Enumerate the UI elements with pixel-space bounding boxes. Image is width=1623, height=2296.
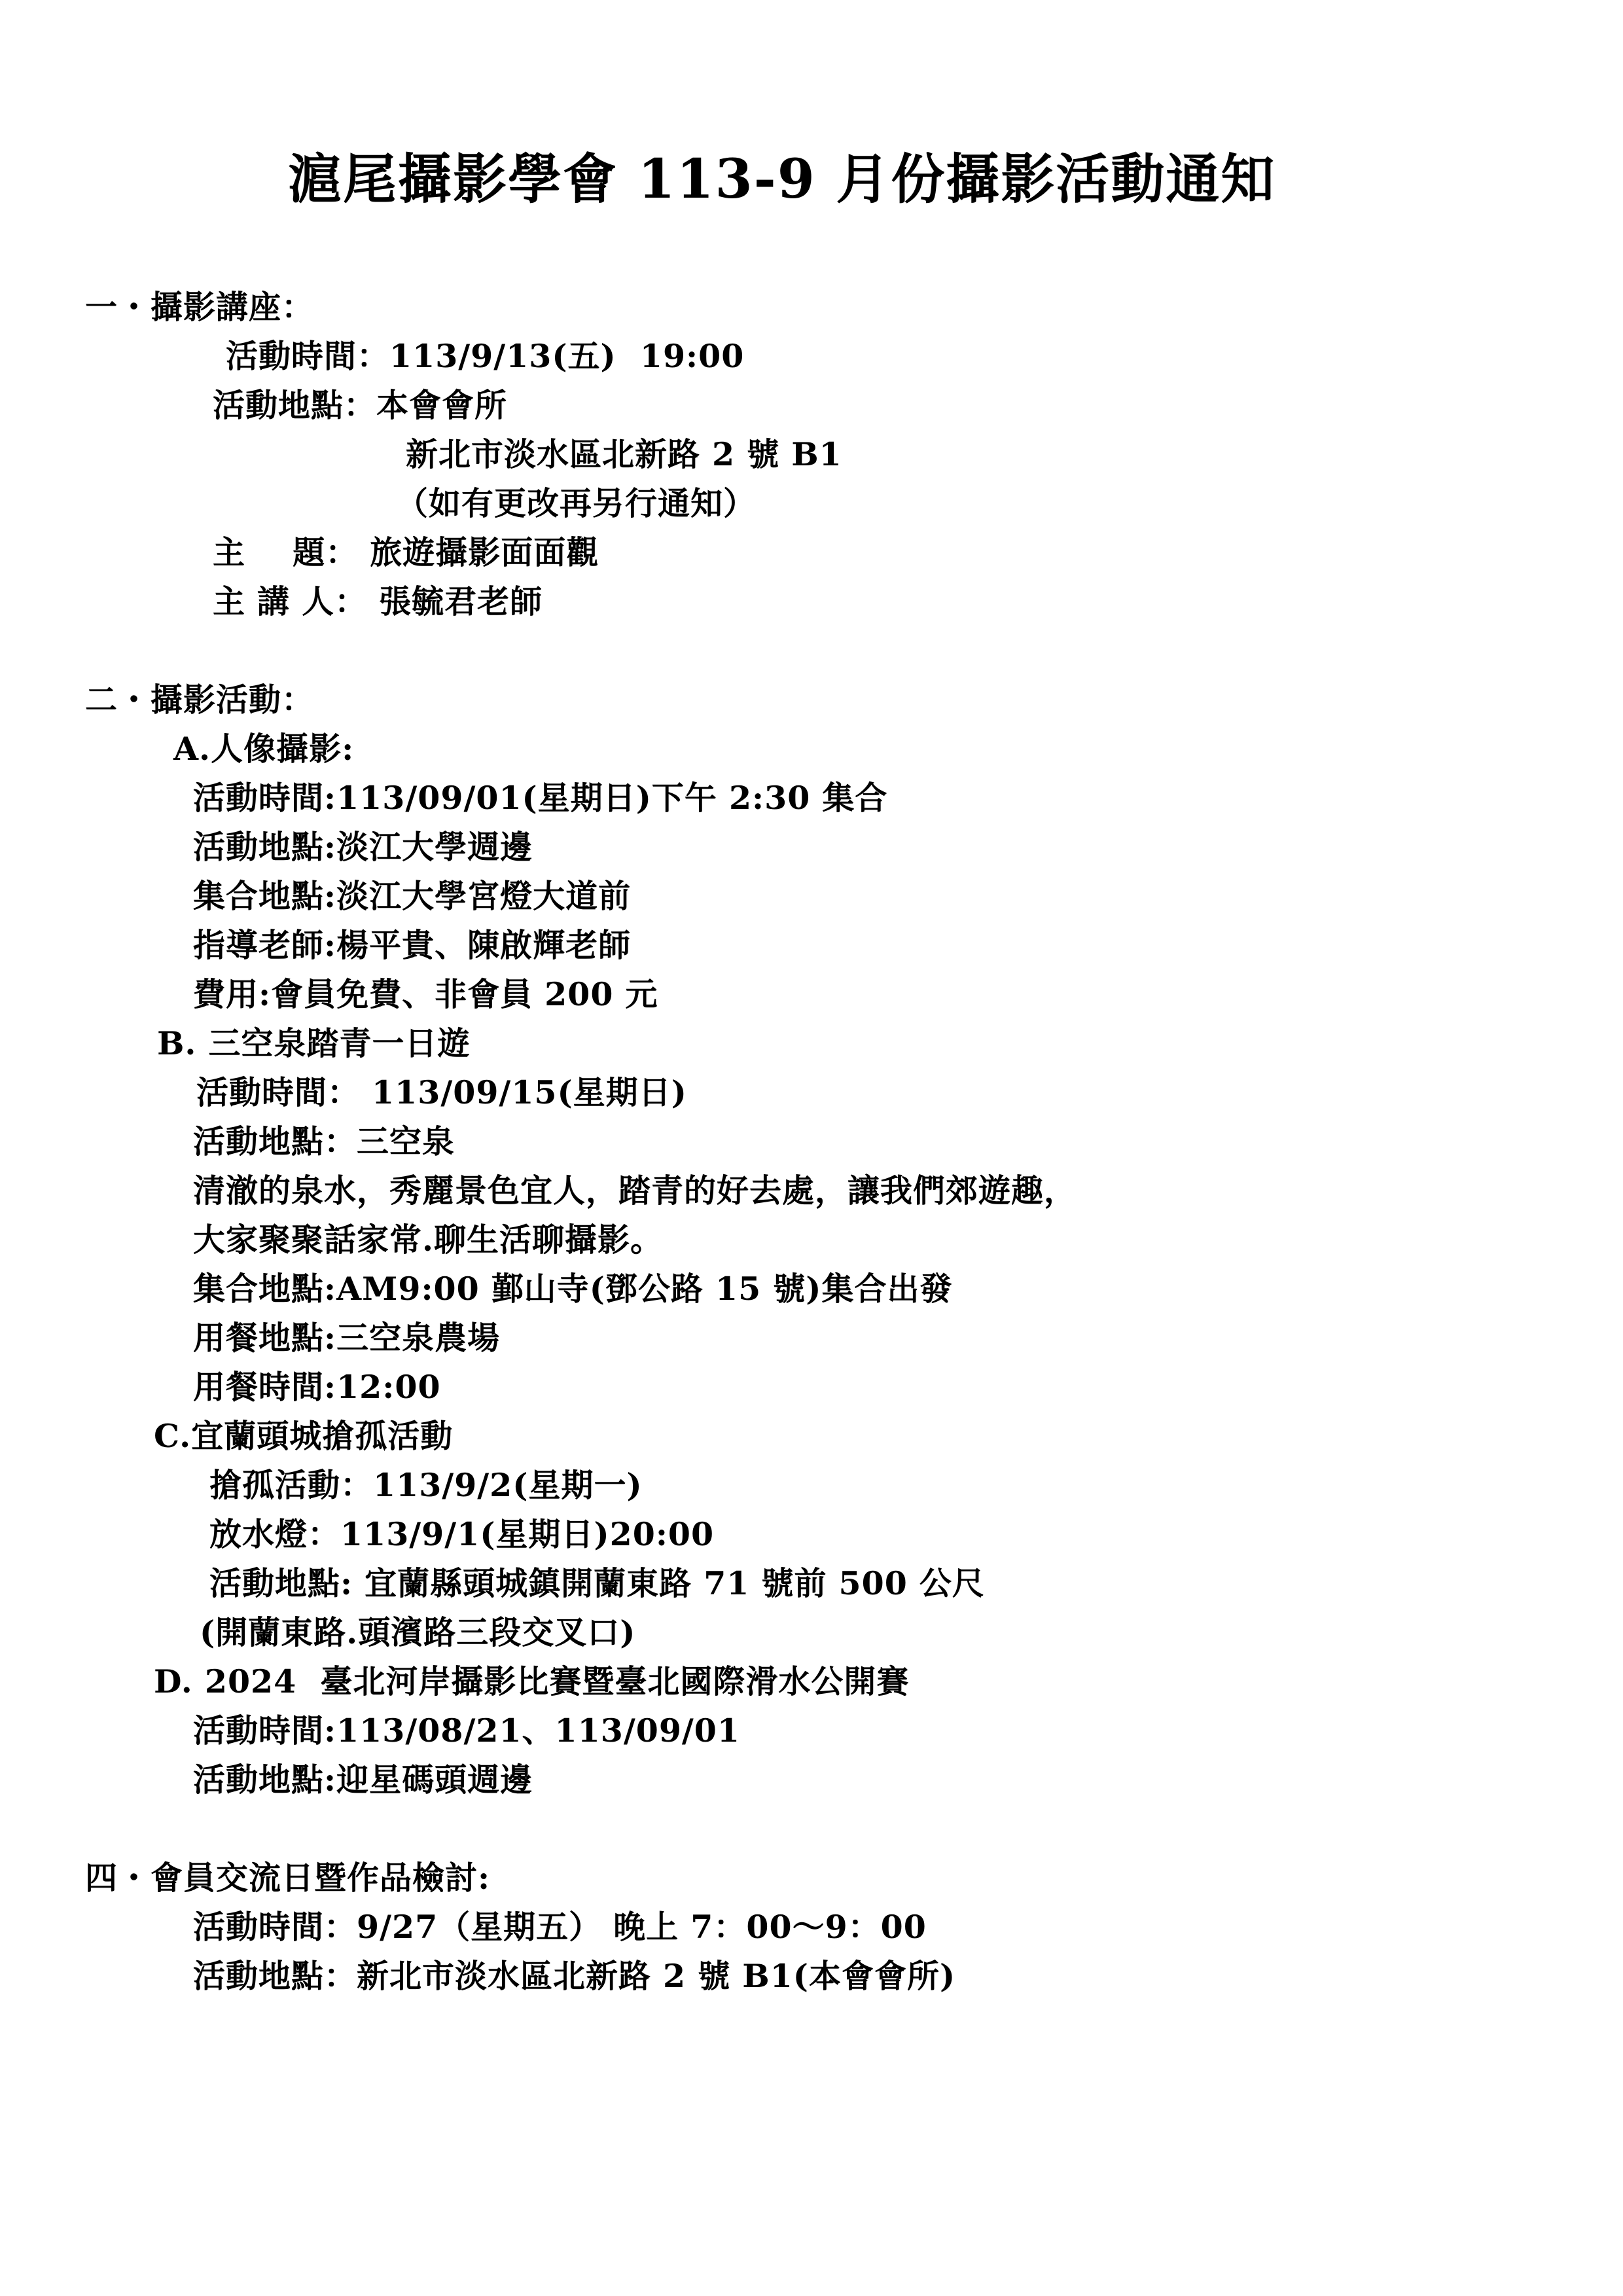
lecture-topic: 主 題： 旅遊攝影面面觀 — [213, 533, 599, 572]
activity-a-fee: 費用:會員免費、非會員 200 元 — [193, 975, 658, 1014]
section-heading-activities: 二・攝影活動： — [85, 681, 314, 719]
activity-c-heading: C.宜蘭頭城搶孤活動 — [154, 1417, 453, 1456]
lecture-speaker: 主 講 人： 張毓君老師 — [213, 583, 543, 621]
activity-c-location: 活動地點: 宜蘭縣頭城鎮開蘭東路 71 號前 500 公尺 — [209, 1564, 985, 1603]
lecture-address: 新北市淡水區北新路 2 號 B1 — [406, 435, 842, 474]
activity-c-location-note: (開蘭東路.頭濱路三段交叉口) — [200, 1613, 635, 1652]
activity-c-water-lantern: 放水燈：113/9/1(星期日)20:00 — [209, 1515, 714, 1554]
activity-d-heading: D. 2024 臺北河岸攝影比賽暨臺北國際滑水公開賽 — [154, 1662, 909, 1701]
activity-a-instructors: 指導老師:楊平貴、陳啟輝老師 — [193, 926, 631, 965]
activity-a-heading: A.人像攝影: — [173, 730, 354, 768]
activity-a-location: 活動地點:淡江大學週邊 — [193, 828, 533, 867]
activity-d-location: 活動地點:迎星碼頭週邊 — [193, 1761, 533, 1799]
activity-b-time: 活動時間： 113/09/15(星期日) — [196, 1073, 687, 1112]
member-exchange-location: 活動地點：新北市淡水區北新路 2 號 B1(本會會所) — [193, 1957, 955, 1996]
section-heading-member-exchange: 四・會員交流日暨作品檢討: — [85, 1859, 490, 1897]
activity-b-description-2: 大家聚聚話家常.聊生活聊攝影。 — [193, 1221, 663, 1259]
activity-b-meeting-point: 集合地點:AM9:00 鄞山寺(鄧公路 15 號)集合出發 — [193, 1270, 952, 1308]
activity-a-time: 活動時間:113/09/01(星期日)下午 2:30 集合 — [193, 779, 887, 817]
activity-b-description-1: 清澈的泉水，秀麗景色宜人，踏青的好去處，讓我們郊遊趣， — [193, 1172, 1077, 1210]
activity-c-qianggu: 搶孤活動：113/9/2(星期一) — [209, 1466, 643, 1505]
section-heading-lecture: 一・攝影講座： — [85, 288, 314, 327]
activity-b-lunch-location: 用餐地點:三空泉農場 — [193, 1319, 500, 1357]
activity-b-location: 活動地點：三空泉 — [193, 1122, 455, 1161]
document-page: 滬尾攝影學會 113-9 月份攝影活動通知 一・攝影講座： 活動時間：113/9… — [0, 0, 1623, 2296]
activity-a-meeting-point: 集合地點:淡江大學宮燈大道前 — [193, 877, 631, 916]
document-title: 滬尾攝影學會 113-9 月份攝影活動通知 — [288, 147, 1275, 211]
activity-d-time: 活動時間:113/08/21、113/09/01 — [193, 1712, 740, 1750]
lecture-time: 活動時間：113/9/13(五) 19:00 — [226, 337, 744, 376]
lecture-address-note: （如有更改再另行通知） — [396, 484, 756, 523]
lecture-location: 活動地點：本會會所 — [213, 386, 507, 425]
activity-b-lunch-time: 用餐時間:12:00 — [193, 1368, 441, 1407]
activity-b-heading: B. 三空泉踏青一日遊 — [157, 1024, 471, 1063]
member-exchange-time: 活動時間：9/27（星期五） 晚上 7：00～9：00 — [193, 1908, 927, 1946]
